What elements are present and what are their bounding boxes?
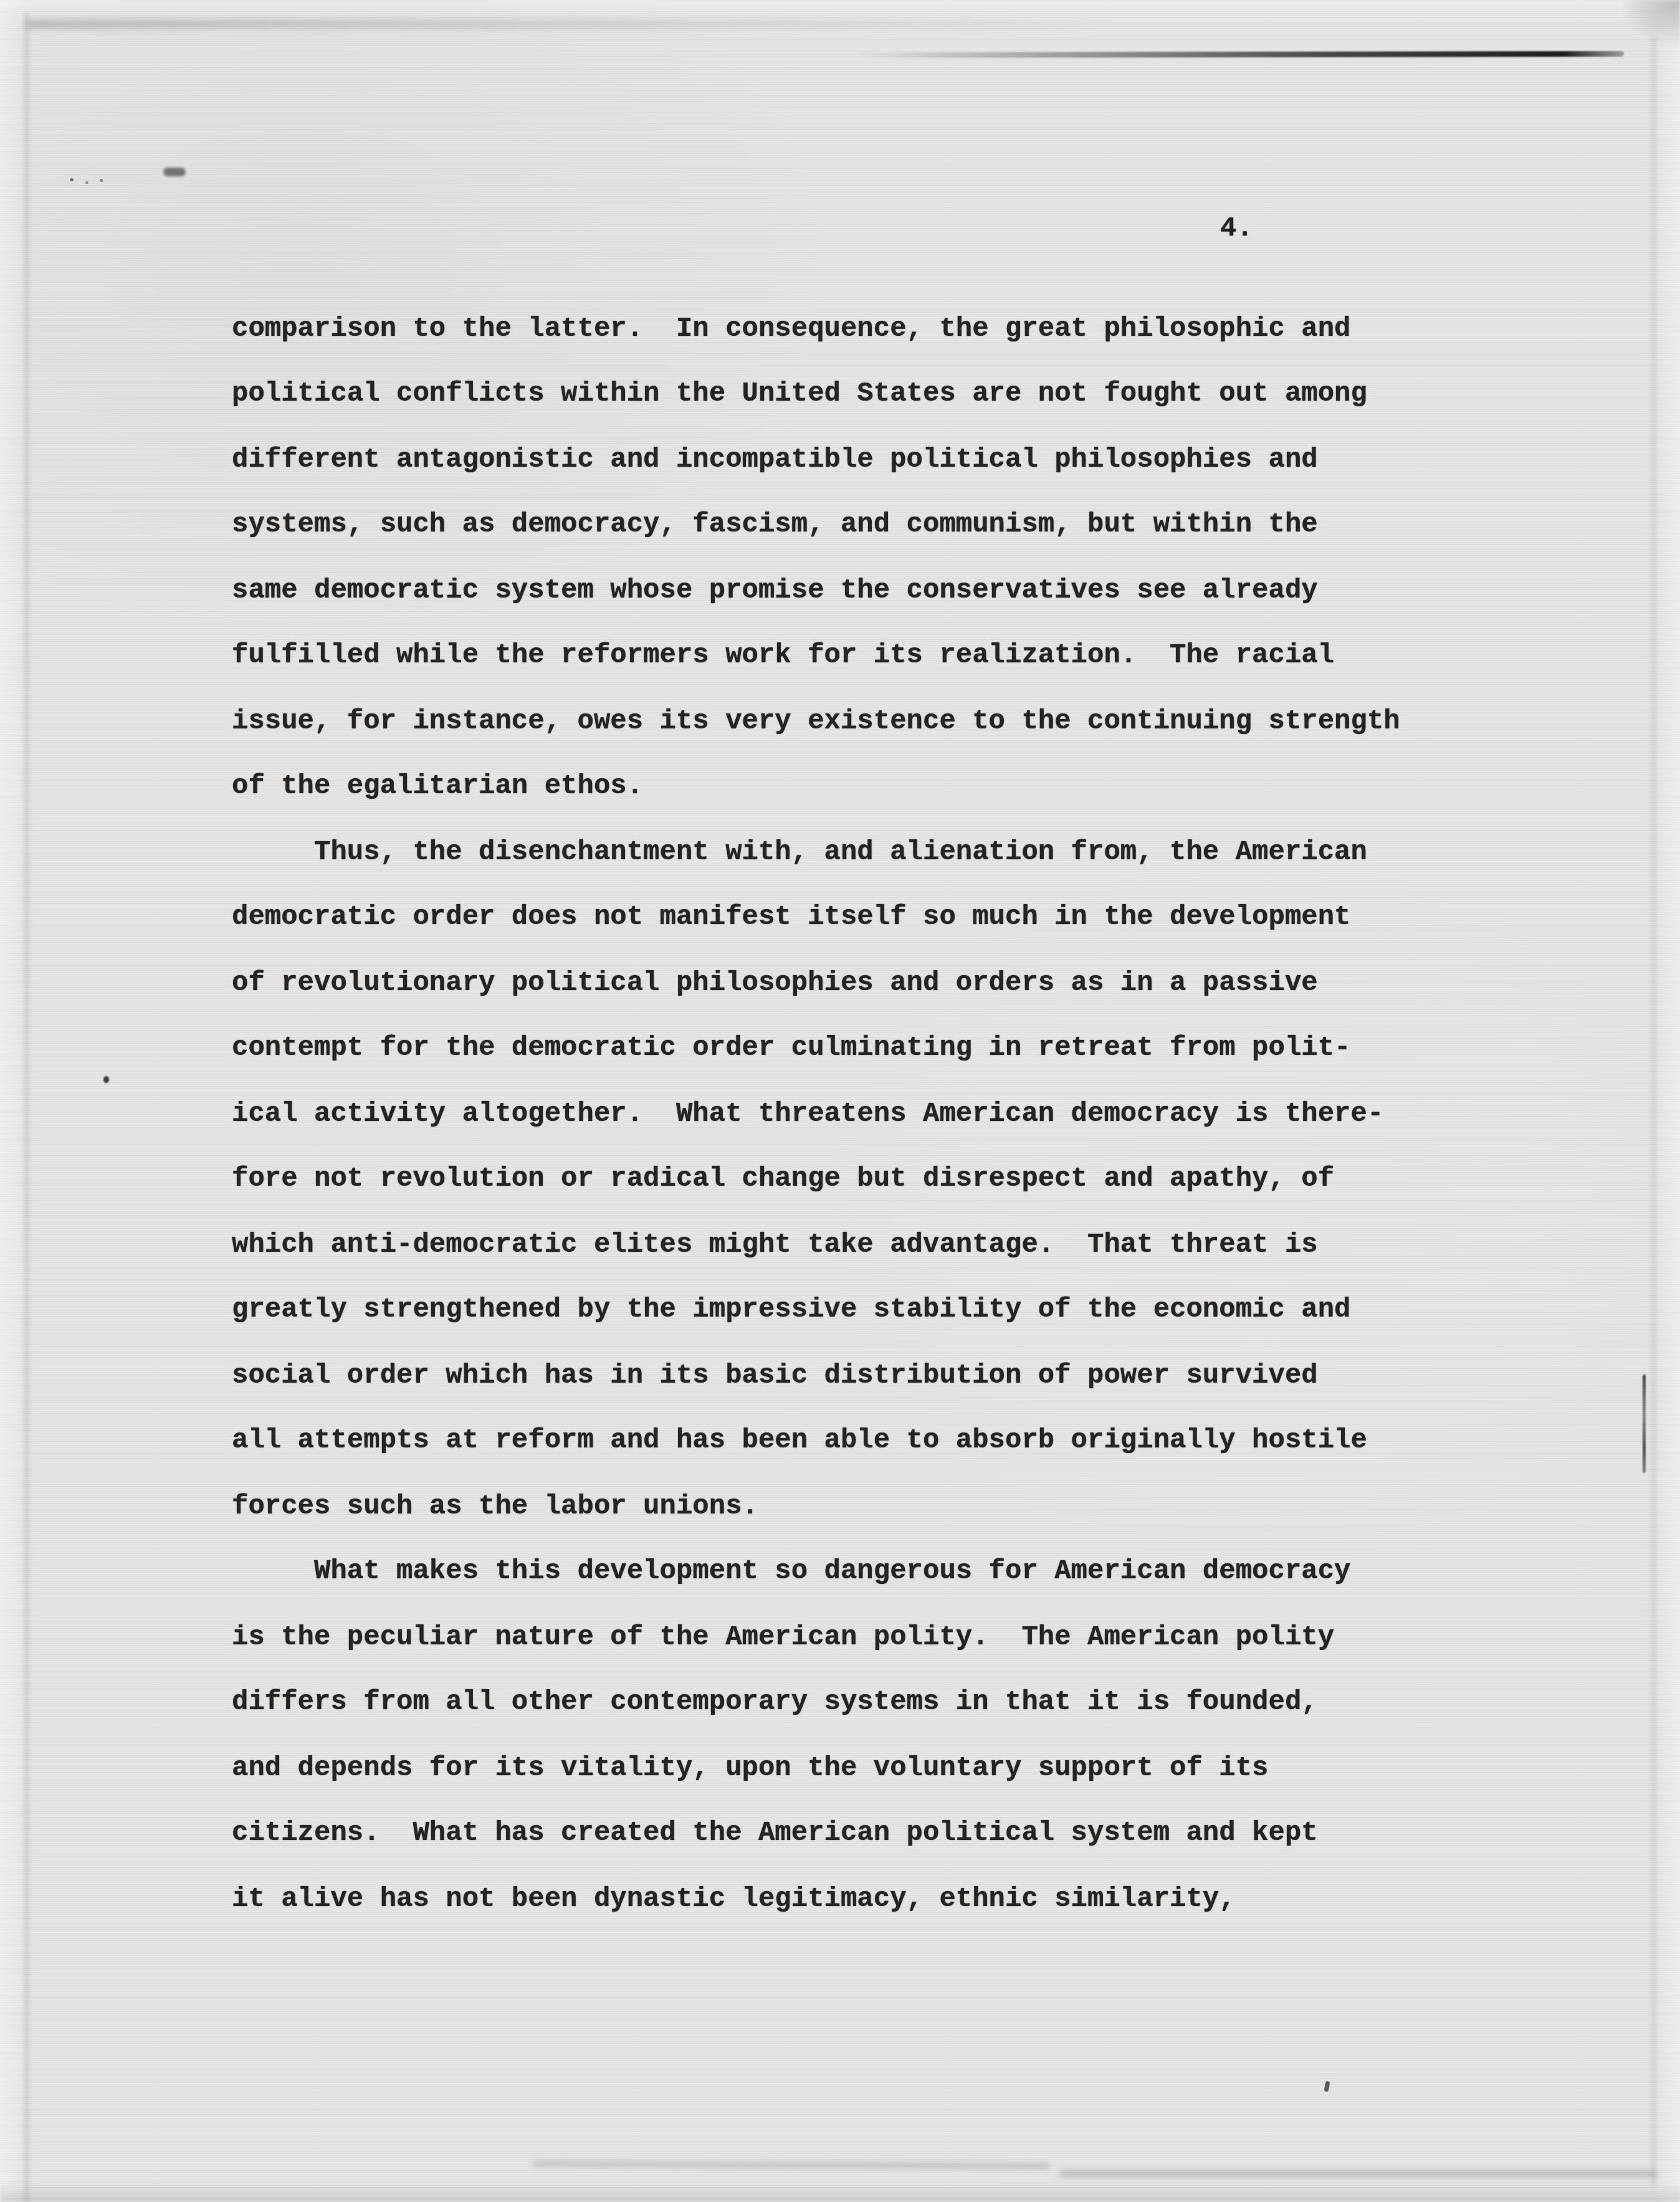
page-number: 4. [1220,213,1253,244]
paper-right-edge [1658,0,1680,2202]
text-line: systems, such as democracy, fascism, and… [232,492,1478,558]
text-line: differs from all other contemporary syst… [232,1670,1478,1735]
text-line: political conflicts within the United St… [232,361,1478,427]
text-line: greatly strengthened by the impressive s… [232,1277,1478,1343]
paper-right-edge-shadow [1651,37,1656,2187]
text-line: ical activity altogether. What threatens… [232,1082,1478,1147]
body-text: comparison to the latter. In consequence… [232,296,1478,1932]
text-line: What makes this development so dangerous… [232,1539,1478,1604]
scan-smudge-top-left [26,20,1117,28]
text-line: of the egalitarian ethos. [232,754,1478,819]
text-line: all attempts at reform and has been able… [232,1408,1478,1474]
ink-speck [85,181,88,184]
scan-bottom-shadow [0,2183,1680,2202]
text-line: forces such as the labor unions. [232,1474,1478,1540]
stray-apostrophe-mark [1324,2081,1330,2092]
text-line: contempt for the democratic order culmin… [232,1016,1478,1081]
text-line: Thus, the disenchantment with, and alien… [232,820,1478,885]
text-line: citizens. What has created the American … [232,1801,1478,1866]
ink-speck [70,178,74,181]
text-line: fore not revolution or radical change bu… [232,1146,1478,1212]
text-line: it alive has not been dynastic legitimac… [232,1867,1478,1932]
text-line: social order which has in its basic dist… [232,1343,1478,1409]
text-line: same democratic system whose promise the… [232,558,1478,624]
text-line: and depends for its vitality, upon the v… [232,1736,1478,1801]
scan-streak-bottom [533,2161,1050,2169]
scan-shadow-corner [1621,0,1680,47]
text-line: fulfilled while the reformers work for i… [232,623,1478,689]
text-line: democratic order does not manifest itsel… [232,885,1478,950]
paper-left-edge-shadow [24,12,29,2202]
text-line: different antagonistic and incompatible … [232,427,1478,493]
text-line: comparison to the latter. In consequence… [232,297,1478,362]
scanned-document-page: 4. comparison to the latter. In conseque… [0,0,1680,2202]
scan-top-band [0,0,1680,21]
text-line: is the peculiar nature of the American p… [232,1605,1478,1671]
pencil-smudge [163,168,186,176]
margin-vertical-tick [1643,1375,1646,1473]
ink-speck [100,179,103,182]
scan-streak-top-right [859,51,1624,58]
text-line: of revolutionary political philosophies … [232,951,1478,1016]
scan-streak-bottom [1059,2170,1658,2177]
margin-ink-dot [103,1076,109,1083]
text-line: which anti-democratic elites might take … [232,1213,1478,1278]
text-line: issue, for instance, owes its very exist… [232,689,1478,755]
paper-left-edge [0,0,25,2202]
